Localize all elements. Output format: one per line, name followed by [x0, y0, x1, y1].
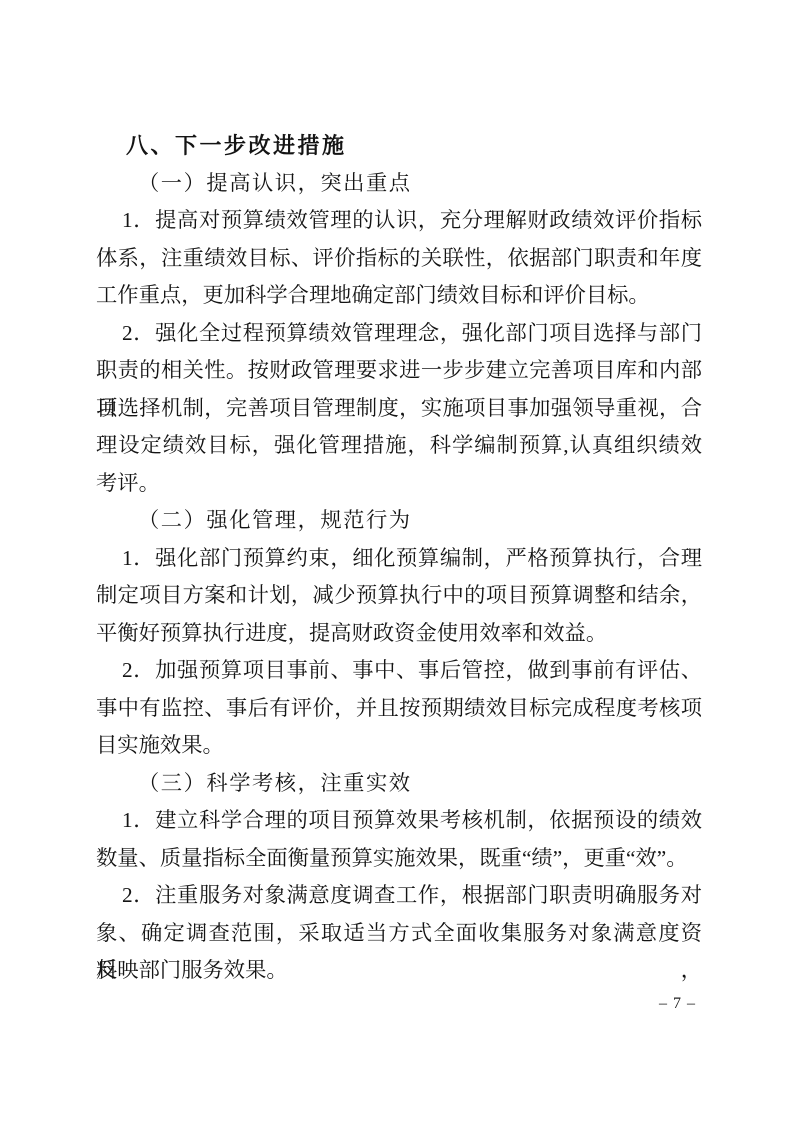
document-page: 八、下一步改进措施 （一）提高认识，突出重点 1．提高对预算绩效管理的认识，充分…	[0, 0, 793, 1122]
text-line: 数量、质量指标全面衡量预算实施效果，既重“绩”，更重“效”。	[96, 840, 702, 878]
text-line: 2．加强预算项目事前、事中、事后管控，做到事前有评估、	[96, 652, 702, 690]
text-line: 目选择机制，完善项目管理制度，实施项目事加强领导重视，合	[96, 390, 702, 428]
text-line: 工作重点，更加科学合理地确定部门绩效目标和评价目标。	[96, 277, 702, 315]
text-line: 1．提高对预算绩效管理的认识，充分理解财政绩效评价指标	[96, 202, 702, 240]
text-line: 目实施效果。	[96, 727, 702, 765]
text-line: 理设定绩效目标，强化管理措施，科学编制预算,认真组织绩效	[96, 427, 702, 465]
text-line: 制定项目方案和计划，减少预算执行中的项目预算调整和结余，	[96, 577, 702, 615]
text-line: 体系，注重绩效目标、评价指标的关联性，依据部门职责和年度	[96, 240, 702, 278]
text-line: 2．强化全过程预算绩效管理理念，强化部门项目选择与部门	[96, 315, 702, 353]
page-number: – 7 –	[0, 992, 696, 1016]
subsection-title-1: （一）提高认识，突出重点	[96, 165, 702, 203]
subsection-title-2: （二）强化管理，规范行为	[96, 502, 702, 540]
text-line: 平衡好预算执行进度，提高财政资金使用效率和效益。	[96, 615, 702, 653]
text-line: 象、确定调查范围，采取适当方式全面收集服务对象满意度资料，	[96, 915, 702, 953]
text-line: 考评。	[96, 465, 702, 503]
text-line: 职责的相关性。按财政管理要求进一步步建立完善项目库和内部项	[96, 352, 702, 390]
text-line: 事中有监控、事后有评价，并且按预期绩效目标完成程度考核项	[96, 690, 702, 728]
text-line: 1．强化部门预算约束，细化预算编制，严格预算执行，合理	[96, 540, 702, 578]
text-line: 2．注重服务对象满意度调查工作，根据部门职责明确服务对	[96, 877, 702, 915]
subsection-title-3: （三）科学考核，注重实效	[96, 765, 702, 803]
text-line: 1．建立科学合理的项目预算效果考核机制，依据预设的绩效	[96, 802, 702, 840]
document-body: 八、下一步改进措施 （一）提高认识，突出重点 1．提高对预算绩效管理的认识，充分…	[96, 127, 702, 990]
chapter-heading: 八、下一步改进措施	[96, 127, 702, 165]
